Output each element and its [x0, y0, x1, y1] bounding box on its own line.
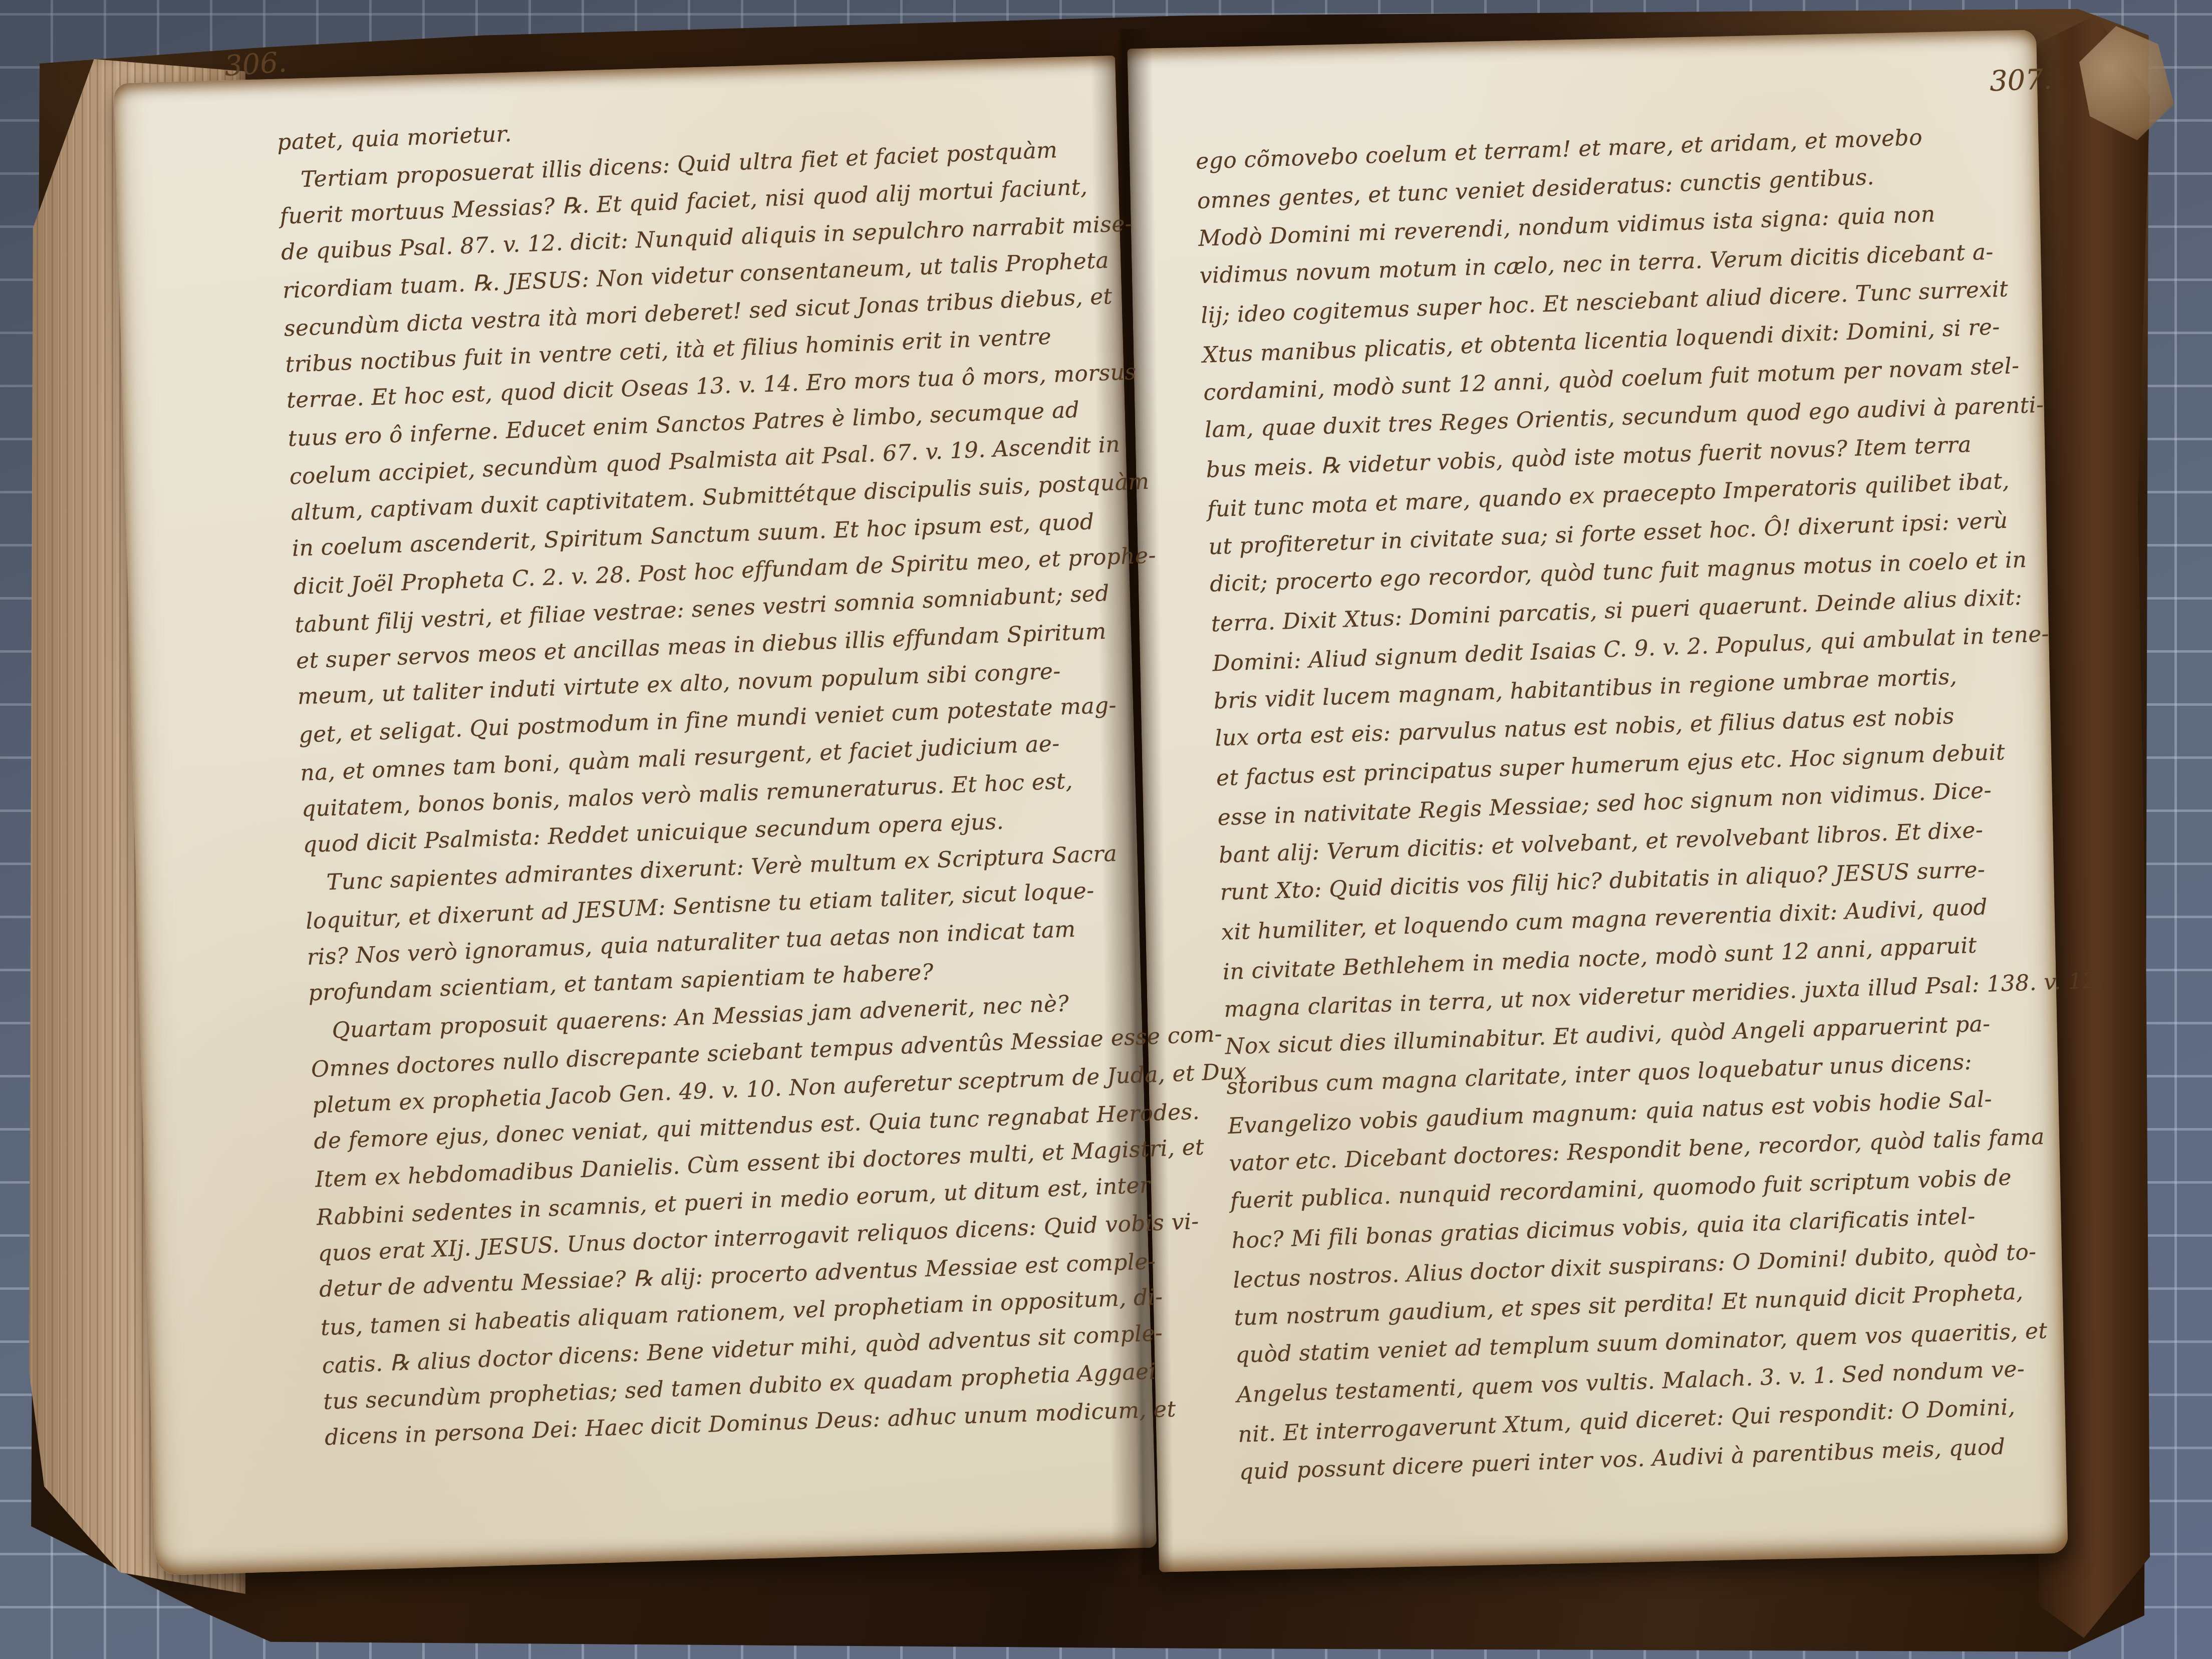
- right-page-handwritten-text: ego cõmovebo coelum et terram! et mare, …: [1195, 114, 2091, 1492]
- page-number-right: 307.: [1989, 63, 2053, 98]
- photo-grid-mat-background: 306. 307. patet, quia morietur. Tertiam …: [0, 0, 2212, 1659]
- page-number-left: 306.: [223, 46, 288, 83]
- left-page-handwritten-text: patet, quia morietur. Tertiam proposuera…: [276, 93, 1176, 1458]
